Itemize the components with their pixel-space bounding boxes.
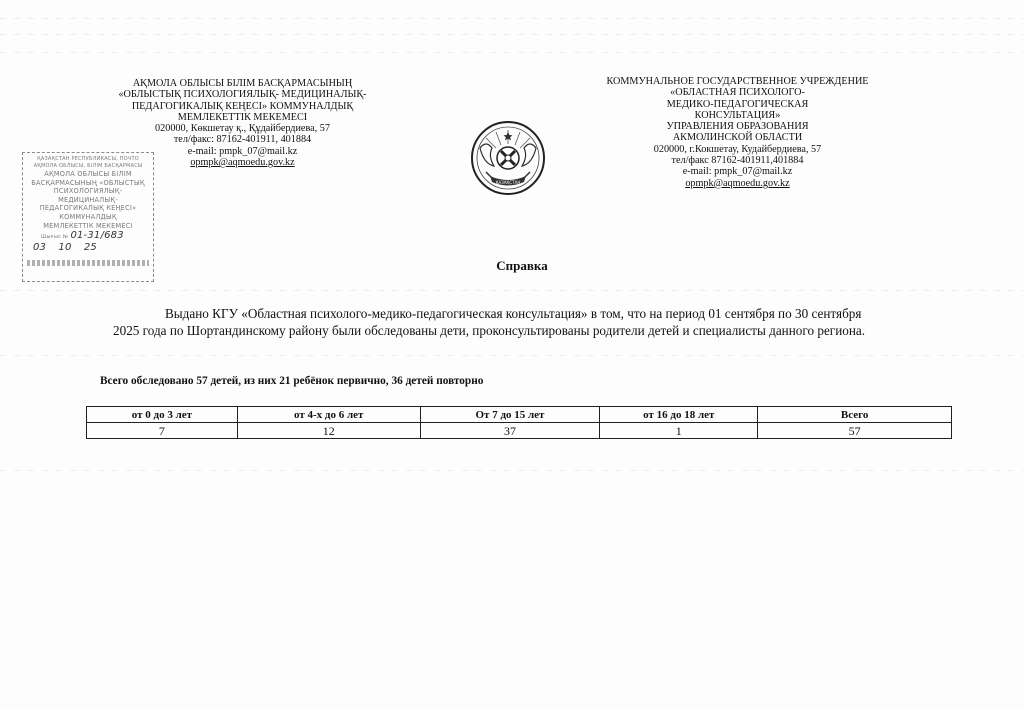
- table-header-cell: от 4-х до 6 лет: [237, 407, 420, 423]
- header-right-line: МЕДИКО-ПЕДАГОГИЧЕСКАЯ: [585, 99, 890, 110]
- stamp-line: КОММУНАЛДЫҚ: [23, 213, 153, 222]
- scan-noise: [0, 34, 1024, 35]
- header-left-address: 020000, Көкшетау қ., Құдайбердиева, 57: [100, 123, 385, 134]
- header-right-line: АКМОЛИНСКОЙ ОБЛАСТИ: [585, 132, 890, 143]
- header-left-line: «ОБЛЫСТЫҚ ПСИХОЛОГИЯЛЫҚ- МЕДИЦИНАЛЫҚ-: [100, 89, 385, 100]
- summary-statement: Всего обследовано 57 детей, из них 21 ре…: [100, 375, 483, 387]
- header-right-line: КОНСУЛЬТАЦИЯ»: [585, 110, 890, 121]
- table-header-row: от 0 до 3 лет от 4-х до 6 лет От 7 до 15…: [87, 407, 952, 423]
- scan-noise: [0, 355, 1024, 356]
- table-cell: 37: [420, 423, 600, 439]
- header-right-email: e-mail: pmpk_07@mail.kz: [585, 166, 890, 177]
- table-cell: 57: [758, 423, 952, 439]
- table-header-cell: Всего: [758, 407, 952, 423]
- scan-noise: [0, 470, 1024, 471]
- header-right-email-link[interactable]: opmpk@aqmoedu.gov.kz: [585, 178, 890, 189]
- header-right-line: УПРАВЛЕНИЯ ОБРАЗОВАНИЯ: [585, 121, 890, 132]
- header-right-address: 020000, г.Кокшетау, Кудайбердиева, 57: [585, 144, 890, 155]
- stamp-line: АҚМОЛА ОБЛЫСЫ, БІЛІМ БАСҚАРМАСЫ: [23, 163, 153, 170]
- table-header-cell: От 7 до 15 лет: [420, 407, 600, 423]
- header-left-line: АҚМОЛА ОБЛЫСЫ БІЛІМ БАСҚАРМАСЫНЫҢ: [100, 78, 385, 89]
- header-right-line: «ОБЛАСТНАЯ ПСИХОЛОГО-: [585, 87, 890, 98]
- header-left-line: ПЕДАГОГИКАЛЫҚ КЕҢЕСІ» КОММУНАЛДЫҚ: [100, 101, 385, 112]
- age-groups-table: от 0 до 3 лет от 4-х до 6 лет От 7 до 15…: [86, 406, 952, 439]
- stamp-line: БАСҚАРМАСЫНЫҢ «ОБЛЫСТЫҚ: [23, 179, 153, 188]
- stamp-reg-prefix: Шығыс №: [41, 234, 68, 240]
- table-cell: 12: [237, 423, 420, 439]
- body-paragraph-line-1: Выдано КГУ «Областная психолого-медико-п…: [113, 305, 970, 322]
- table-cell: 1: [600, 423, 758, 439]
- scanned-document-page: АҚМОЛА ОБЛЫСЫ БІЛІМ БАСҚАРМАСЫНЫҢ «ОБЛЫС…: [0, 0, 1024, 710]
- stamp-line: МЕМЛЕКЕТТІК МЕКЕМЕСІ: [23, 222, 153, 231]
- table-header-cell: от 0 до 3 лет: [87, 407, 238, 423]
- table-row: 7 12 37 1 57: [87, 423, 952, 439]
- stamp-line: ҚАЗАҚСТАН РЕСПУБЛИКАСЫ, ПОЧТО: [23, 156, 153, 163]
- stamp-date-line: 03 10 25: [23, 244, 153, 256]
- svg-text:ҚАЗАҚСТАН: ҚАЗАҚСТАН: [496, 180, 521, 185]
- scan-noise: [0, 52, 1024, 53]
- header-right-russian: КОММУНАЛЬНОЕ ГОСУДАРСТВЕННОЕ УЧРЕЖДЕНИЕ …: [585, 76, 890, 189]
- header-left-line: МЕМЛЕКЕТТІК МЕКЕМЕСІ: [100, 112, 385, 123]
- header-right-phone: тел/факс 87162-401911,401884: [585, 155, 890, 166]
- stamp-line: МЕДИЦИНАЛЫҚ-: [23, 196, 153, 205]
- stamp-line: ПСИХОЛОГИЯЛЫҚ-: [23, 187, 153, 196]
- document-title: Справка: [0, 258, 1024, 274]
- stamp-registration-line: Шығыс № 01-31/683: [23, 232, 153, 244]
- stamp-reg-number: 01-31/683: [70, 230, 123, 241]
- header-right-line: КОММУНАЛЬНОЕ ГОСУДАРСТВЕННОЕ УЧРЕЖДЕНИЕ: [585, 76, 890, 87]
- header-left-phone: тел/факс: 87162-401911, 401884: [100, 134, 385, 145]
- table-header-cell: от 16 до 18 лет: [600, 407, 758, 423]
- body-paragraph-line-2: 2025 года по Шортандинскому району были …: [113, 322, 970, 339]
- stamp-line: АҚМОЛА ОБЛЫСЫ БІЛІМ: [23, 170, 153, 179]
- scan-noise: [0, 18, 1024, 19]
- stamp-line: ПЕДАГОГИКАЛЫҚ КЕҢЕСІ»: [23, 204, 153, 213]
- kazakhstan-state-emblem-icon: ҚАЗАҚСТАН: [468, 118, 548, 198]
- table-cell: 7: [87, 423, 238, 439]
- scan-noise: [0, 290, 1024, 291]
